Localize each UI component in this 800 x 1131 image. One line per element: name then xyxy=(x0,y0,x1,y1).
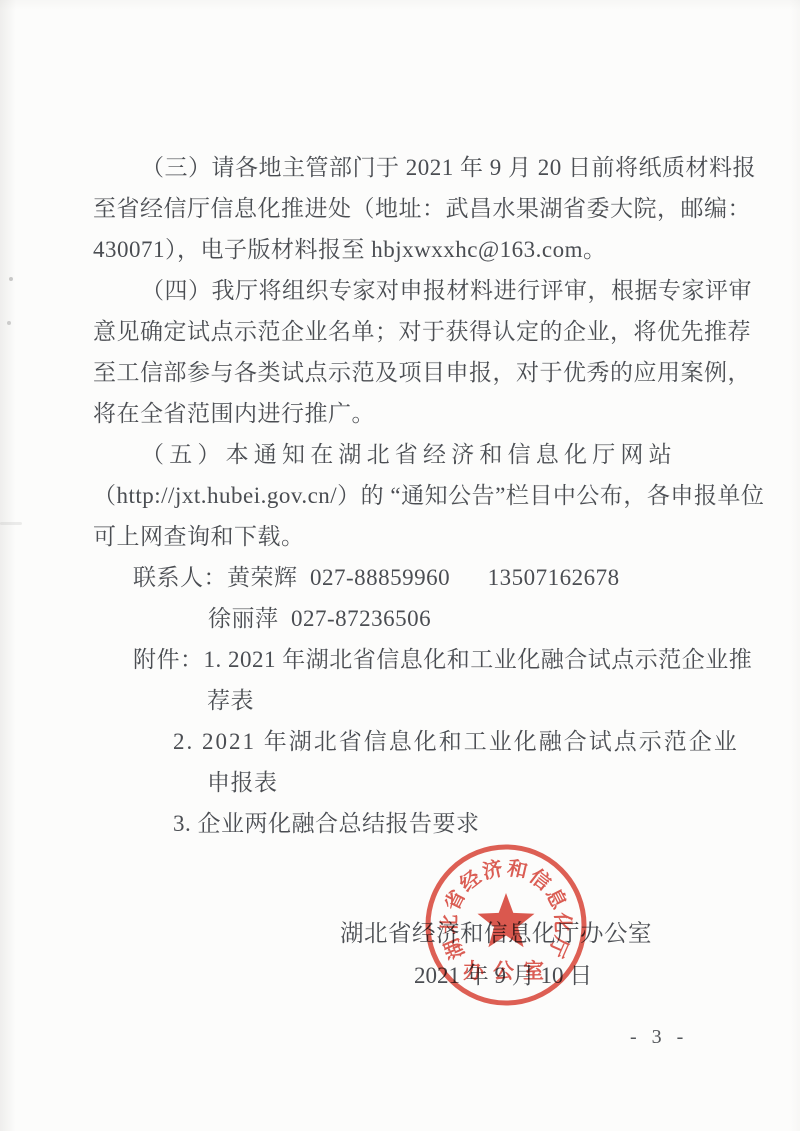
attachment-line-3: 3. 企业两化融合总结报告要求 xyxy=(93,803,733,844)
para-5-line-1: （五）本通知在湖北省经济和信息化厅网站 xyxy=(93,434,733,475)
attachment-line-1: 附件：1. 2021 年湖北省信息化和工业化融合试点示范企业推 xyxy=(93,639,733,680)
para-3-line-3: 430071），电子版材料报至 hbjxwxxhc@163.com。 xyxy=(93,229,733,270)
para-3-line-1: （三）请各地主管部门于 2021 年 9 月 20 日前将纸质材料报 xyxy=(93,147,733,188)
document-page: （三）请各地主管部门于 2021 年 9 月 20 日前将纸质材料报 至省经信厅… xyxy=(0,0,800,1131)
para-4-line-4: 将在全省范围内进行推广。 xyxy=(93,393,733,434)
attachment-line-1-cont: 荐表 xyxy=(93,680,733,721)
official-seal: 湖北省经济和信息化厅 办公室 xyxy=(422,841,590,1009)
para-5-line-2: （http://jxt.hubei.gov.cn/）的 “通知公告”栏目中公布，… xyxy=(93,475,733,516)
seal-bottom-text: 办公室 xyxy=(463,959,553,983)
para-4-line-3: 至工信部参与各类试点示范及项目申报，对于优秀的应用案例， xyxy=(93,352,733,393)
para-5-line-3: 可上网查询和下载。 xyxy=(93,516,733,557)
scan-speck xyxy=(0,522,22,525)
scan-speck xyxy=(7,321,11,325)
attachment-line-2: 2. 2021 年湖北省信息化和工业化融合试点示范企业 xyxy=(93,721,733,762)
para-3-line-2: 至省经信厅信息化推进处（地址：武昌水果湖省委大院，邮编： xyxy=(93,188,733,229)
contact-line-2: 徐丽萍 027-87236506 xyxy=(93,598,733,639)
contact-line-1: 联系人：黄荣辉 027-88859960 13507162678 xyxy=(93,557,733,598)
page-number: - 3 - xyxy=(630,1026,688,1049)
seal-star-icon xyxy=(478,893,535,947)
document-body: （三）请各地主管部门于 2021 年 9 月 20 日前将纸质材料报 至省经信厅… xyxy=(93,147,733,844)
para-4-line-1: （四）我厅将组织专家对申报材料进行评审，根据专家评审 xyxy=(93,270,733,311)
scan-speck xyxy=(9,277,13,281)
attachment-line-2-cont: 申报表 xyxy=(93,762,733,803)
para-4-line-2: 意见确定试点示范企业名单；对于获得认定的企业，将优先推荐 xyxy=(93,311,733,352)
